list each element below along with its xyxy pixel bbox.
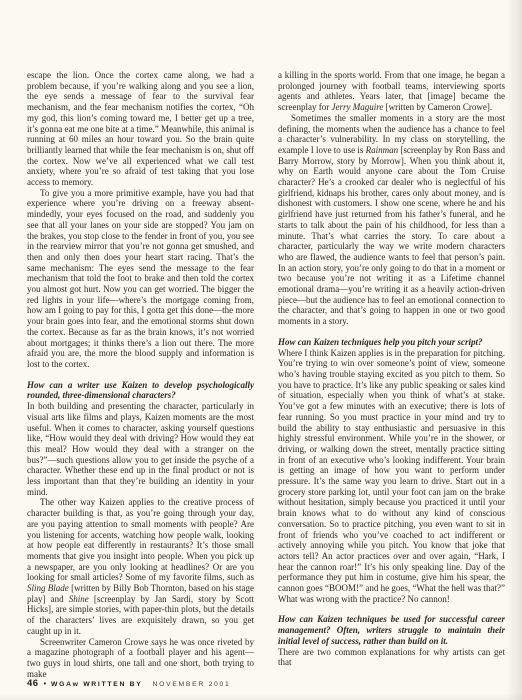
magazine-title: WGAw WRITTEN BY — [51, 681, 142, 688]
text-run: [written by Cameron Crowe]. — [383, 102, 492, 112]
interview-question: How can a writer use Kaizen to develop p… — [27, 380, 254, 401]
text-run: Screenwriter Cameron Crowe says he was o… — [27, 637, 254, 679]
text-run: [screenplay by Ron Bass and Barry Morrow… — [278, 145, 505, 326]
article-paragraph: a killing in the sports world. From that… — [278, 70, 505, 113]
article-paragraph: The other way Kaizen applies to the crea… — [27, 497, 254, 636]
film-title: Jerry Maguire — [331, 102, 383, 112]
article-paragraph: escape the lion. Once the cortex came al… — [27, 70, 254, 188]
interview-question: How can Kaizen techniques help you pitch… — [278, 337, 505, 348]
interview-question: How can Kaizen techniques be used for su… — [278, 614, 505, 646]
scan-edge-shading — [506, 0, 522, 700]
right-column: a killing in the sports world. From that… — [278, 70, 505, 679]
page-number: 46 — [27, 678, 39, 689]
article-paragraph: In both building and presenting the char… — [27, 401, 254, 497]
text-run: In both building and presenting the char… — [27, 401, 254, 497]
text-run: Where I think Kaizen applies is in the p… — [278, 348, 505, 604]
article-body: escape the lion. Once the cortex came al… — [27, 70, 505, 679]
film-title: Sling Blade — [27, 583, 69, 593]
magazine-page: escape the lion. Once the cortex came al… — [0, 0, 522, 700]
text-run: How can Kaizen techniques help you pitch… — [278, 337, 483, 347]
article-paragraph: There are two common explanations for wh… — [278, 647, 505, 668]
article-paragraph: Where I think Kaizen applies is in the p… — [278, 348, 505, 605]
film-title: Rainman — [366, 145, 399, 155]
text-run: There are two common explanations for wh… — [278, 647, 505, 668]
film-title: Shine — [69, 594, 89, 604]
scan-bottom-shading — [0, 694, 522, 700]
text-run: How can Kaizen techniques be used for su… — [278, 614, 505, 645]
article-paragraph: Screenwriter Cameron Crowe says he was o… — [27, 637, 254, 680]
article-paragraph: To give you a more primitive example, ha… — [27, 188, 254, 370]
text-run: To give you a more primitive example, ha… — [27, 188, 254, 369]
issue-date: NOVEMBER 2001 — [152, 681, 230, 688]
page-footer: 46 • WGAw WRITTEN BY NOVEMBER 2001 — [27, 678, 231, 689]
text-run: How can a writer use Kaizen to develop p… — [27, 380, 254, 401]
footer-bullet-separator: • — [44, 681, 46, 688]
text-run: The other way Kaizen applies to the crea… — [27, 497, 254, 582]
text-run: escape the lion. Once the cortex came al… — [27, 70, 254, 187]
left-column: escape the lion. Once the cortex came al… — [27, 70, 254, 679]
article-paragraph: Sometimes the smaller moments in a story… — [278, 113, 505, 327]
